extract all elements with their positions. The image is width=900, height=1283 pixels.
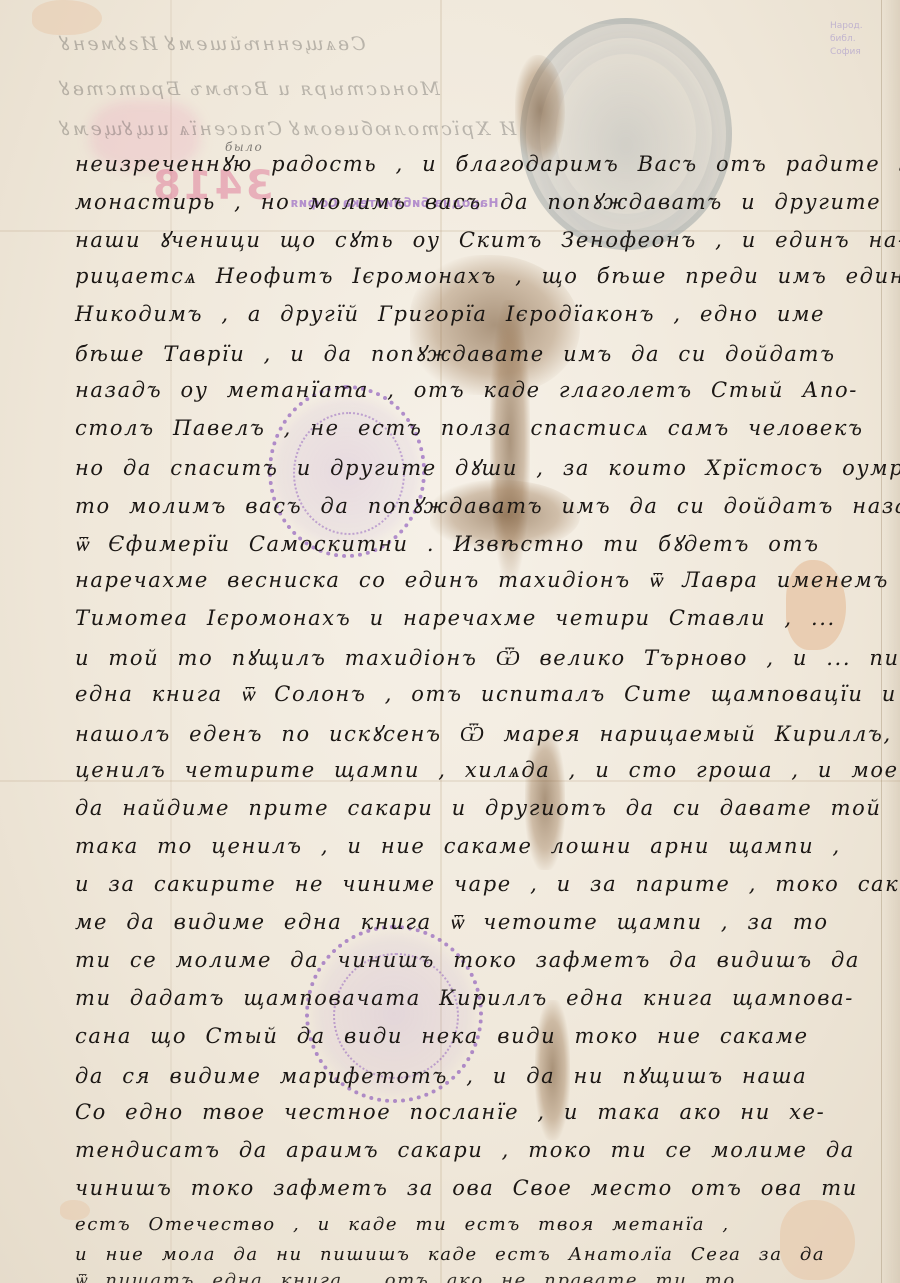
- letter-line: неизреченнꙋю радость , и благодаримъ Вас…: [75, 150, 875, 178]
- paper-stain: [780, 1200, 855, 1280]
- letter-line: ти дадатъ щамповачата Кириллъ една книга…: [75, 986, 875, 1010]
- letter-line: столъ Павелъ , не естъ полза спастисѧ са…: [75, 416, 875, 441]
- letter-line: бѣше Таврїи , и да попꙋждавате имъ да си…: [75, 340, 875, 368]
- corner-stamp-line: библ.: [830, 33, 880, 46]
- letter-line: ме да видиме една книга ѿ четоите щампи …: [75, 910, 875, 935]
- letter-line: да найдиме прите сакари и другиотъ да си…: [75, 796, 875, 820]
- bleed-through-text: И Хрїстолюбивомꙋ Спасенїѧ ищꙋщемꙋ: [60, 115, 516, 141]
- paper-edge: [881, 0, 900, 1283]
- letter-line: наречахме весниска со единъ тахидіонъ ѿ …: [75, 568, 875, 593]
- letter-line: ѿ Єфимерїи Самоскитни . Извѣстно ти бꙋде…: [75, 530, 875, 558]
- letter-line: ти се молиме да чинишъ токо зафметъ да в…: [75, 948, 875, 972]
- letter-line: но да спаситъ и другите дꙋши , за които …: [75, 454, 875, 482]
- letter-line: и ние мола да ни пишишъ каде естъ Анатол…: [75, 1244, 875, 1265]
- letter-line: монастирь , но молимъ васъ да попꙋждават…: [75, 188, 875, 216]
- letter-line: естъ Отечество , и каде ти естъ твоя мет…: [75, 1214, 875, 1235]
- bleed-through-text: Монастыря и Всѣмъ Братствꙋ: [60, 75, 440, 101]
- letter-line: Никодимъ , а другїй Григорїа Ієродїаконъ…: [75, 302, 875, 326]
- letter-line: сана що Стый да види нека види токо ние …: [75, 1024, 875, 1048]
- letter-line: и за сакирите не чиниме чаре , и за пари…: [75, 872, 875, 896]
- corner-stamp-line: Народ.: [830, 20, 880, 33]
- letter-line: и той то пꙋщилъ тахидіонъ Ѿ велико Търно…: [75, 644, 875, 672]
- letter-line: наши ꙋченици що сꙋть оу Скитъ Зенофеонъ …: [75, 226, 875, 254]
- letter-line: нашолъ еденъ по искꙋсенъ Ѿ марея нарицае…: [75, 720, 875, 748]
- letter-line: да ся видиме марифетотъ , и да ни пꙋщишъ…: [75, 1062, 875, 1090]
- letter-line: една книга ѿ Солонъ , отъ испиталъ Сите …: [75, 682, 875, 707]
- letter-line: чинишъ токо зафметъ за ова Свое место от…: [75, 1176, 875, 1200]
- bleed-through-text: Свѧщеннѣйшемꙋ Игꙋменꙋ: [60, 30, 366, 56]
- letter-line: ѿ пишатъ една книга , отъ ако не правате…: [75, 1270, 875, 1283]
- letter-line: ценилъ четирите щампи , хилѧда , и сто г…: [75, 758, 875, 783]
- letter-line: Тимотеа Ієромонахъ и наречахме четири Ст…: [75, 606, 875, 630]
- letter-line: назадъ оу метанїата , отъ каде глаголетъ…: [75, 378, 875, 402]
- ink-stain: [515, 55, 565, 165]
- letter-line: така то ценилъ , и ние сакаме лошни арни…: [75, 834, 875, 858]
- letter-line: Со едно твое честное посланїе , и така а…: [75, 1100, 875, 1124]
- corner-stamp: Народ. библ. София: [830, 20, 880, 59]
- letter-line: тендисатъ да араимъ сакари , токо ти се …: [75, 1138, 875, 1162]
- manuscript-page: 3418 Народна библиотека София Народ. биб…: [0, 0, 900, 1283]
- letter-line: рицаетсѧ Неофитъ Ієромонахъ , що бѣше пр…: [75, 264, 875, 289]
- letter-line: то молимъ васъ да попꙋждаватъ имъ да си …: [75, 492, 875, 520]
- corner-stamp-line: София: [830, 46, 880, 59]
